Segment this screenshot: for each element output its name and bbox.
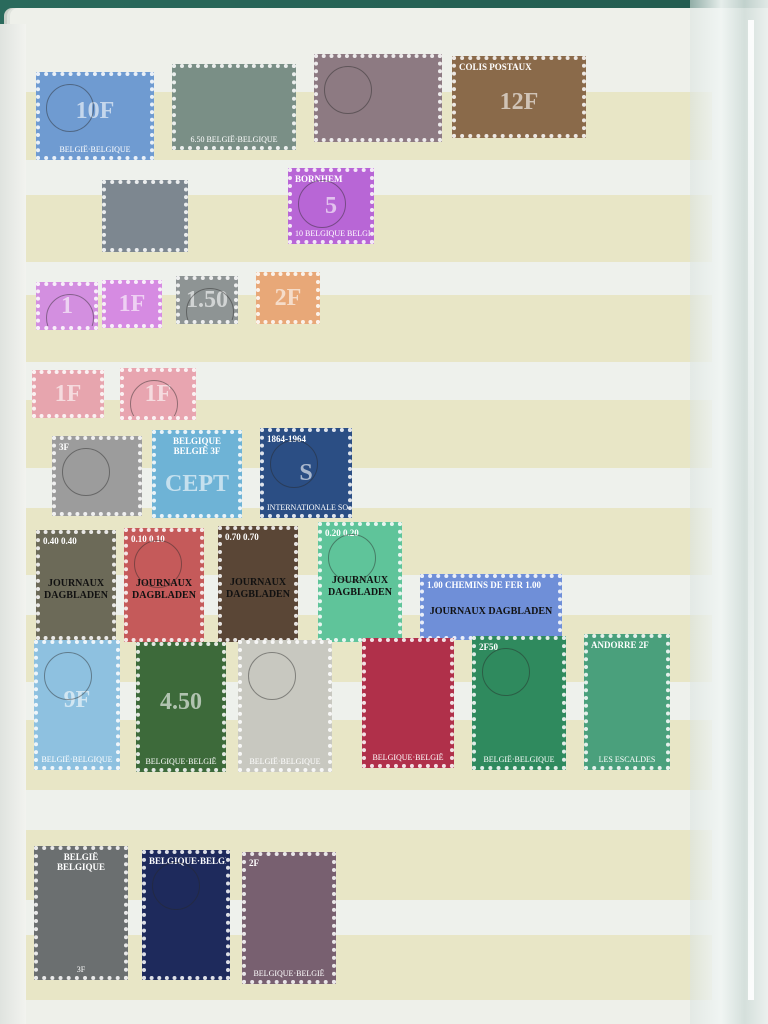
interleaf-shine [748,20,754,1000]
postmark [298,180,346,228]
stamp-country-text: BELGIË·BELGIQUE [38,753,116,766]
stamp-top-text [36,374,100,378]
stamp-country-text [56,508,138,512]
stamp-cept-europa-3f[interactable]: BELGIQUE BELGIË 3FCEPT [152,430,242,518]
stamp-equestrian-statue[interactable]: BELGIQUE·BELGIË [142,850,230,980]
stamp-country-text: LES ESCALDES [588,753,666,766]
page-edge [0,24,26,1024]
stamp-value: 12F [500,89,539,116]
postmark [46,84,94,132]
stamp-country-text [456,130,582,134]
stamp-top-text [176,68,292,72]
stamp-country-text [40,632,112,636]
stamp-top-text [318,58,438,62]
stamp-country-text [146,972,226,976]
stamp-lion-2f-orange[interactable]: 2F [256,272,320,324]
stamp-country-text [222,634,294,638]
postmark [46,294,94,330]
stamp-landscape-6-50[interactable]: 6.50 BELGIË·BELGIQUE [172,64,296,150]
stamp-red-monk-statue[interactable]: BELGIQUE·BELGIË [362,638,454,768]
stamp-value: 1F [55,381,82,408]
stamp-medallion-portrait-3f[interactable]: BELGIË BELGIQUE3F [34,846,128,980]
stock-strip [26,900,712,935]
stamp-value: 1F [119,291,146,318]
stamp-country-text: BELGIQUE·BELGIË [246,967,332,980]
stamp-top-text: 0.70 0.70 [222,530,294,544]
postmark [152,862,200,910]
stamp-journaux-0-70[interactable]: 0.70 0.70JOURNAUX DAGBLADEN [218,526,298,642]
stamp-country-text [156,510,238,514]
stamp-country-text [318,134,438,138]
overprint-text: JOURNAUX DAGBLADEN [222,577,294,601]
stamp-country-text: BELGIË·BELGIQUE [242,755,328,768]
stamp-top-text [366,642,450,646]
postmark [130,380,178,420]
stamp-country-text: BELGIË·BELGIQUE [476,753,562,766]
stamp-brussels-building-10f[interactable]: 10FBELGIË·BELGIQUE [36,72,154,160]
stamp-top-text [38,644,116,648]
stamp-value: 2F [275,285,302,312]
stamp-andorre-2f[interactable]: ANDORRE 2FLES ESCALDES [584,634,670,770]
stamp-top-text: 0.40 0.40 [40,534,112,548]
stamp-country-text: 10 BELGIQUE BELGIË [292,227,370,240]
stock-strip [26,935,712,1000]
overprint-text: JOURNAUX DAGBLADEN [430,606,553,618]
stamp-value: CEPT [165,471,229,498]
stamp-journaux-0-10[interactable]: 0.10 0.10JOURNAUX DAGBLADEN [124,528,204,642]
stamp-lion-1f-rose-b[interactable]: 1F [120,368,196,420]
stamp-orchid-plant[interactable]: BELGIË·BELGIQUE [238,640,332,772]
stamp-bornhem-castle-purple[interactable]: BORNHEM510 BELGIQUE BELGIË [288,168,374,244]
stamp-flower-bouquet-9f[interactable]: 9FBELGIË·BELGIQUE [34,640,120,770]
stamp-top-text [40,76,150,80]
stamp-country-text: BELGIQUE·BELGIË [140,755,222,768]
stamp-top-text: 2F [246,856,332,870]
stamp-journaux-0-20[interactable]: 0.20 0.20JOURNAUX DAGBLADEN [318,522,402,642]
stamp-top-text: ANDORRE 2F [588,638,666,652]
stamp-lion-1-50-grey[interactable]: 1.50 [176,276,238,324]
stamp-top-text [40,286,94,290]
postmark [328,534,376,582]
stamp-country-text: BELGIQUE·BELGIË [366,751,450,764]
stamp-socialist-international-1864-1964[interactable]: 1864-1964SINTERNATIONALE SOCIALISTE [260,428,352,518]
postmark [324,66,372,114]
stamp-country-text [36,410,100,414]
postmark [134,540,182,588]
stamp-bearded-man-3f[interactable]: 3F [52,436,142,516]
stamp-country-text [106,244,184,248]
overprint-text: JOURNAUX DAGBLADEN [40,578,112,602]
stamp-bromeliad-4-50[interactable]: 4.50BELGIQUE·BELGIË [136,642,226,772]
postmark [482,648,530,696]
stamp-top-text [140,646,222,650]
stamp-top-text: COLIS POSTAUX [456,60,582,74]
stamp-country-text: INTERNATIONALE SOCIALISTE [264,501,348,514]
postmark [248,652,296,700]
stock-strip [26,830,712,900]
stamp-lion-1f-pink-a[interactable]: 1 [36,282,98,330]
stamp-top-text [124,372,192,376]
stock-strip [26,790,712,830]
stamp-top-text: BELGIQUE BELGIË 3F [156,434,238,458]
postmark [44,652,92,700]
stamp-portrait-triptych[interactable] [314,54,442,142]
stamp-top-text [180,280,234,284]
stamp-lion-1f-pink-b[interactable]: 1F [102,280,162,328]
stamp-country-text: 3F [38,963,124,976]
postmark [270,440,318,488]
stamp-country-text: 6.50 BELGIË·BELGIQUE [176,133,292,146]
postmark [62,448,110,496]
stamp-top-text [260,276,316,280]
stamp-country-text: BELGIË·BELGIQUE [40,143,150,156]
stamp-top-text [106,184,184,188]
stamp-top-text [242,644,328,648]
stamp-sculpture-2f[interactable]: 2FBELGIQUE·BELGIË [242,852,336,984]
stamp-top-text: BELGIË BELGIQUE [38,850,124,874]
stamp-railway-colis-postaux-12f[interactable]: COLIS POSTAUX12F [452,56,586,138]
stamp-journaux-1-00[interactable]: 1.00 CHEMINS DE FER 1.00JOURNAUX DAGBLAD… [420,574,562,640]
stamp-country-text [128,634,200,638]
stamp-journaux-0-40[interactable]: 0.40 0.40JOURNAUX DAGBLADEN [36,530,116,640]
stamp-value: 4.50 [160,689,202,716]
stamp-atomium-2-50[interactable]: 2F50BELGIË·BELGIQUE [472,636,566,770]
stamp-top-text: 1.00 CHEMINS DE FER 1.00 [424,578,558,592]
glassine-interleaf[interactable] [690,0,768,1024]
stamp-country-text [260,316,316,320]
stamp-castle-grey[interactable] [102,180,188,252]
stamp-lion-1f-rose-a[interactable]: 1F [32,370,104,418]
stamp-top-text [106,284,158,288]
stamp-country-text [106,320,158,324]
